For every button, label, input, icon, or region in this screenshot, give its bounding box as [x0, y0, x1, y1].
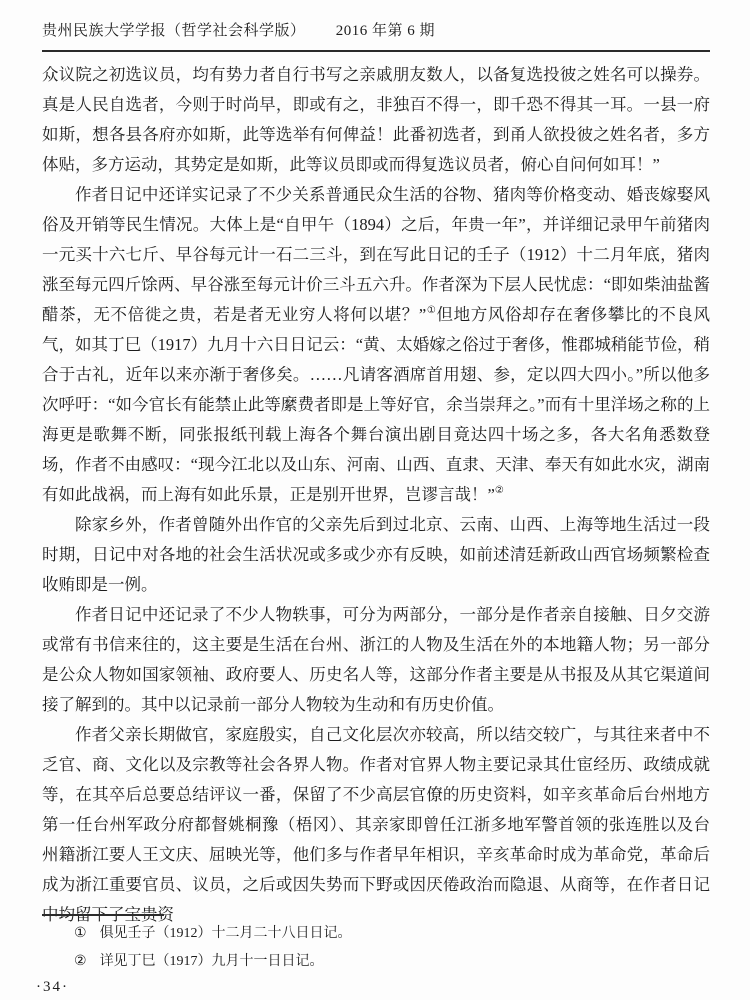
article-body: 众议院之初选议员，均有势力者自行书写之亲戚朋友数人，以备复选投彼之姓名可以操券。…: [42, 60, 710, 930]
footnote-1-marker: ①: [74, 926, 87, 941]
paragraph-text: 作者日记中还记录了不少人物轶事，可分为两部分，一部分是作者亲自接触、日夕交游或常…: [42, 605, 710, 714]
journal-page: 贵州民族大学学报（哲学社会科学版） 2016 年第 6 期 众议院之初选议员，均…: [0, 0, 750, 1000]
journal-title: 贵州民族大学学报（哲学社会科学版）: [42, 23, 306, 39]
paragraph-quote-continuation: 众议院之初选议员，均有势力者自行书写之亲戚朋友数人，以备复选投彼之姓名可以操券。…: [42, 60, 710, 180]
footnote-ref-2: ②: [495, 485, 504, 496]
page-number: ·34·: [36, 979, 710, 996]
paragraph-officials: 作者父亲长期做官，家庭殷实，自己文化层次亦较高，所以结交较广，与其往来者中不乏官…: [42, 720, 710, 930]
paragraph-text: 作者日记中还详实记录了不少关系普通民众生活的谷物、猪肉等价格变动、婚丧嫁娶风俗及…: [42, 185, 710, 324]
footnote-area: ①俱见壬子（1912）十二月二十八日日记。 ②详见丁巳（1917）九月十一日日记…: [42, 914, 710, 996]
paragraph-travels: 除家乡外，作者曾随外出作官的父亲先后到过北京、云南、山西、上海等地生活过一段时期…: [42, 510, 710, 600]
issue-info: 2016 年第 6 期: [336, 23, 435, 39]
footnote-2-text: 详见丁巳（1917）九月十一日日记。: [100, 954, 324, 969]
footnote-1: ①俱见壬子（1912）十二月二十八日日记。: [42, 923, 710, 944]
paragraph-text: 众议院之初选议员，均有势力者自行书写之亲戚朋友数人，以备复选投彼之姓名可以操券。…: [42, 65, 710, 174]
footnote-2-marker: ②: [74, 954, 87, 969]
footnote-1-text: 俱见壬子（1912）十二月二十八日日记。: [100, 926, 352, 941]
header-divider: [42, 50, 710, 52]
paragraph-prices-and-customs: 作者日记中还详实记录了不少关系普通民众生活的谷物、猪肉等价格变动、婚丧嫁娶风俗及…: [42, 180, 710, 510]
footnote-ref-1: ①: [426, 305, 436, 316]
paragraph-text: 除家乡外，作者曾随外出作官的父亲先后到过北京、云南、山西、上海等地生活过一段时期…: [42, 515, 710, 594]
footnote-2: ②详见丁巳（1917）九月十一日日记。: [42, 951, 710, 972]
footnote-divider: [42, 914, 164, 916]
paragraph-figures-two-parts: 作者日记中还记录了不少人物轶事，可分为两部分，一部分是作者亲自接触、日夕交游或常…: [42, 600, 710, 720]
page-header: 贵州民族大学学报（哲学社会科学版） 2016 年第 6 期: [42, 22, 710, 40]
paragraph-text: 作者父亲长期做官，家庭殷实，自己文化层次亦较高，所以结交较广，与其往来者中不乏官…: [42, 725, 710, 924]
paragraph-text: 但地方风俗却存在奢侈攀比的不良风气，如其丁巳（1917）九月十六日日记云：“黄、…: [42, 305, 710, 504]
